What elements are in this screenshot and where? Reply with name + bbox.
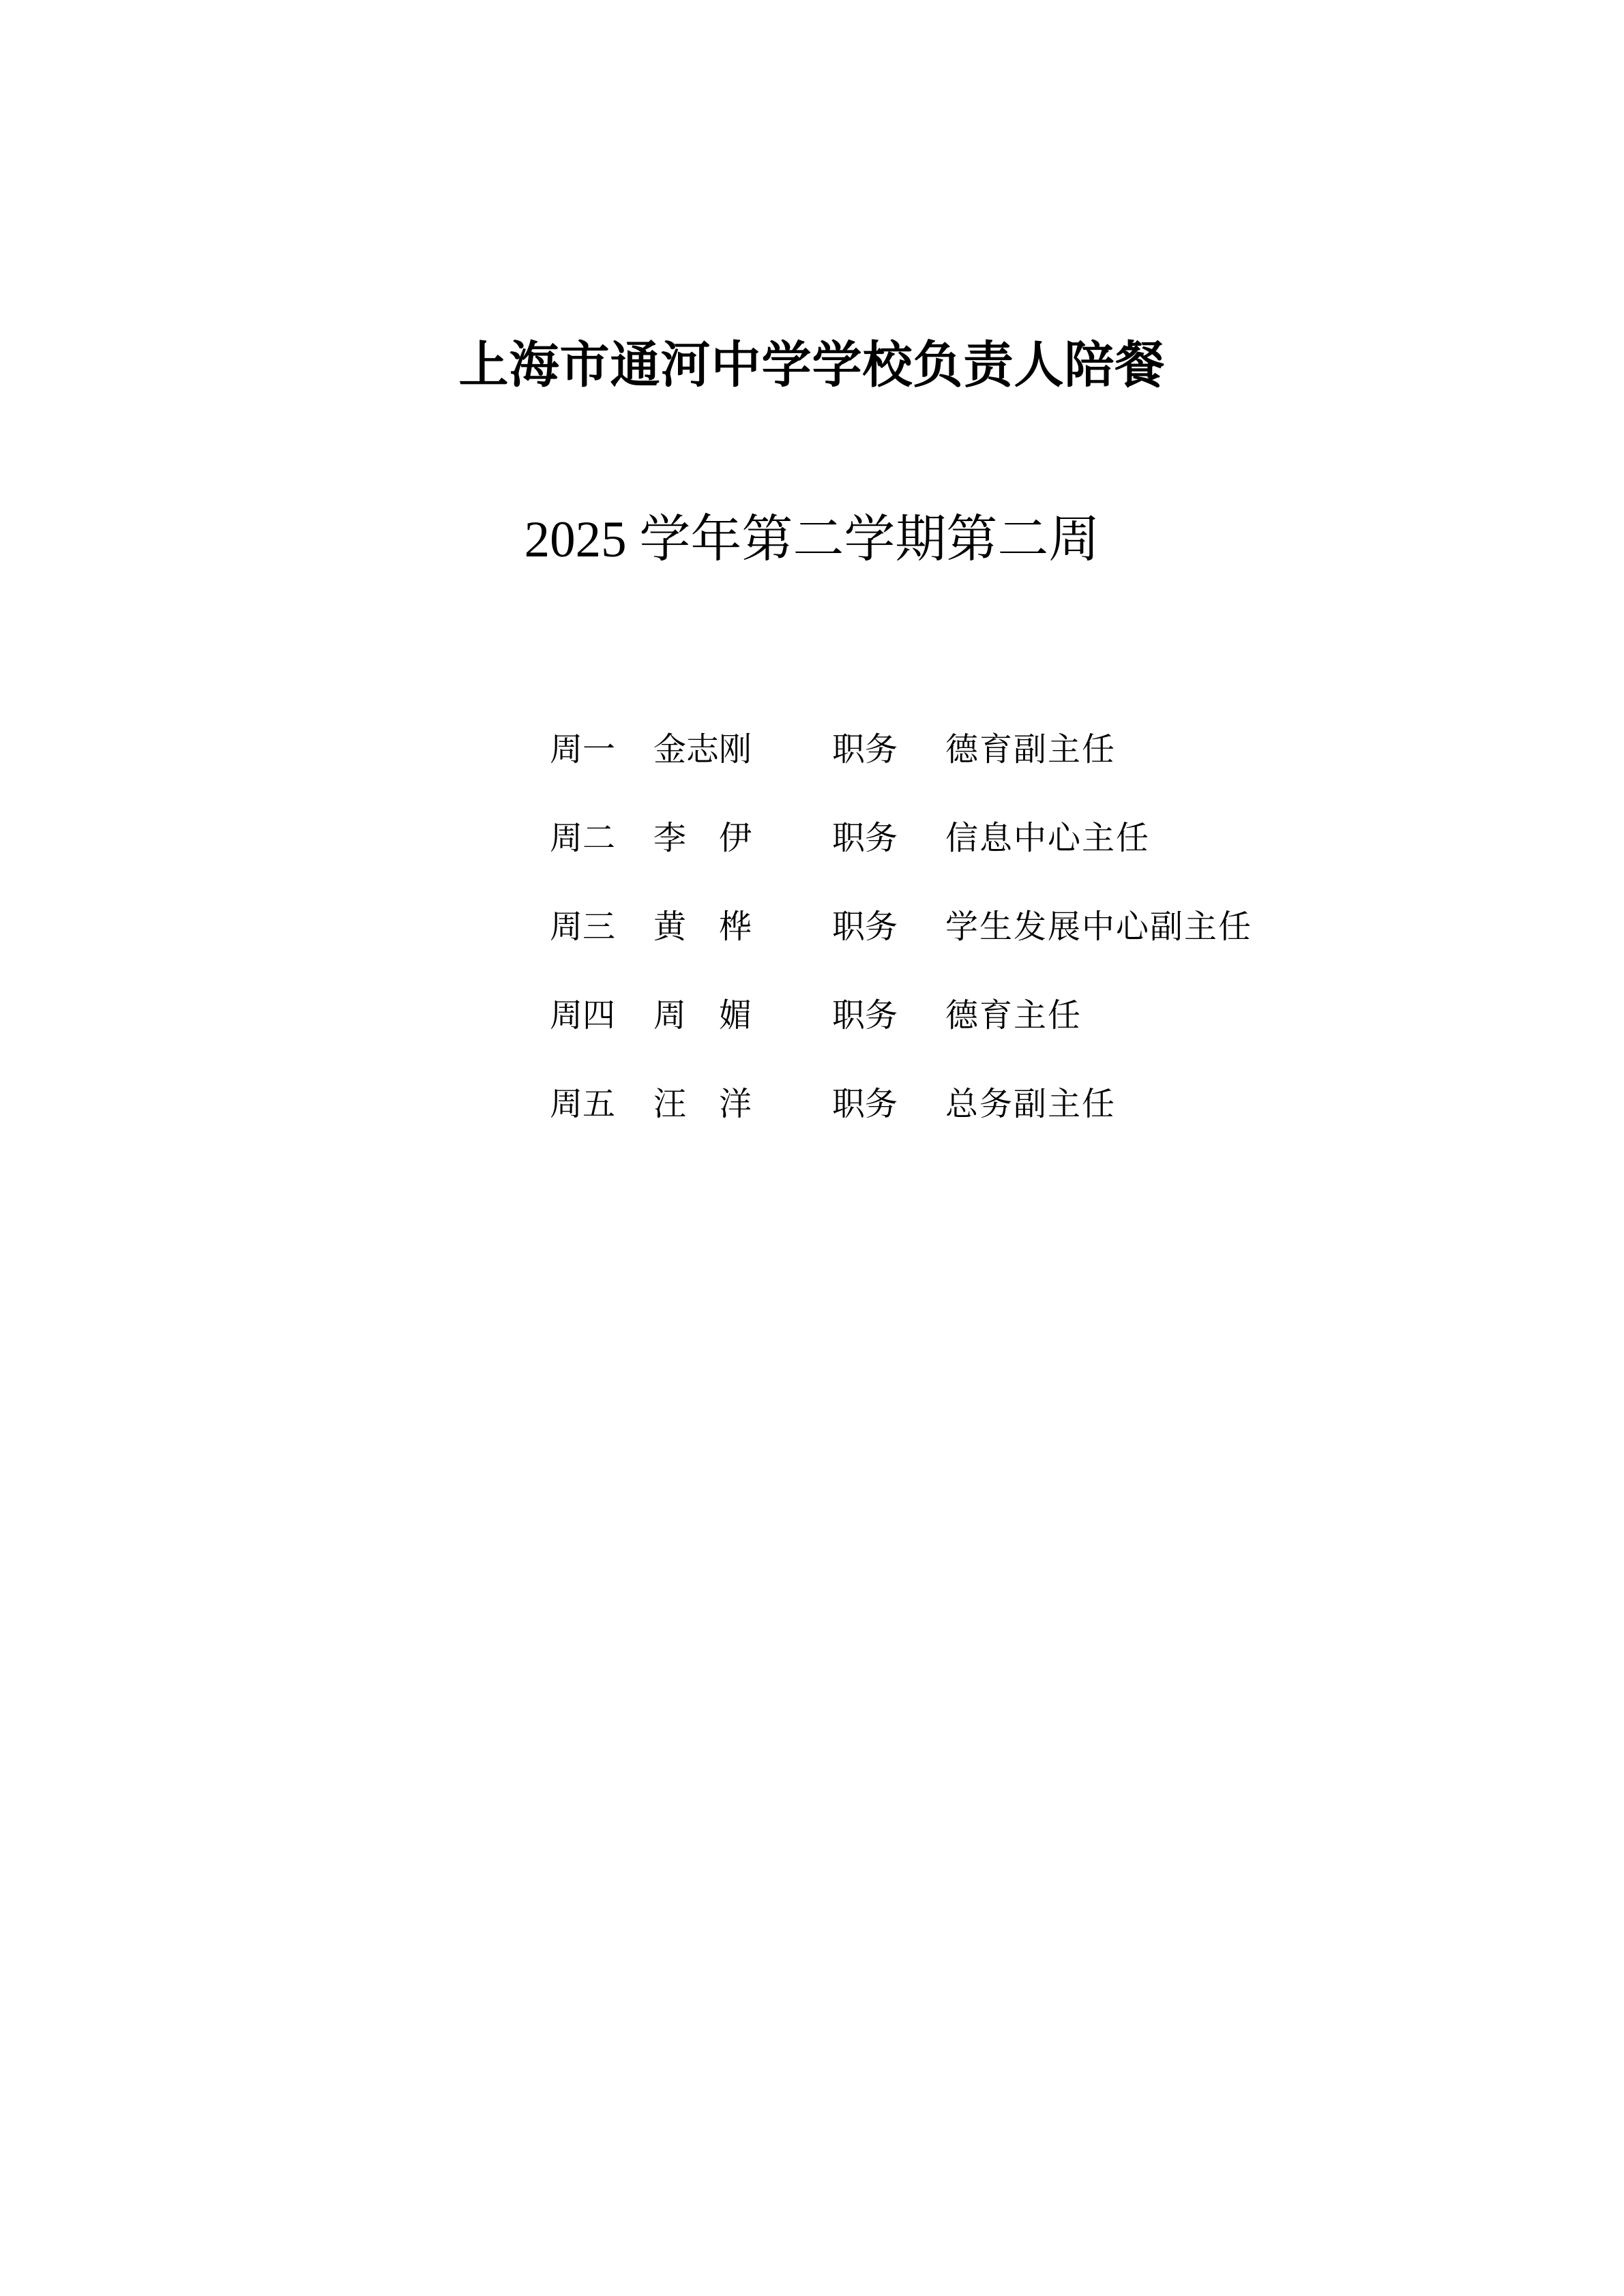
schedule-row-friday: 周五 汪 洋 职务 总务副主任: [550, 1060, 1624, 1149]
schedule-row-wednesday: 周三 黄 桦 职务 学生发展中心副主任: [550, 883, 1624, 972]
duty-label: 职务: [832, 907, 900, 948]
person-role: 信息中心主任: [945, 818, 1150, 859]
day-label: 周四: [550, 996, 615, 1037]
person-role: 德育副主任: [945, 730, 1116, 771]
duty-label: 职务: [832, 818, 900, 859]
day-label: 周五: [550, 1084, 615, 1125]
person-role: 总务副主任: [945, 1084, 1116, 1125]
schedule-row-monday: 周一 金志刚 职务 德育副主任: [550, 706, 1624, 794]
duty-label: 职务: [832, 730, 900, 771]
document-title: 上海市通河中学学校负责人陪餐: [0, 334, 1624, 397]
person-name: 黄 桦: [653, 907, 756, 948]
person-role: 学生发展中心副主任: [945, 907, 1252, 948]
duty-schedule-list: 周一 金志刚 职务 德育副主任 周二 李 伊 职务 信息中心主任 周三 黄 桦 …: [550, 706, 1624, 1149]
person-role: 德育主任: [945, 996, 1082, 1037]
document-subtitle: 2025 学年第二学期第二周: [0, 509, 1624, 571]
person-name: 金志刚: [653, 730, 756, 771]
schedule-row-tuesday: 周二 李 伊 职务 信息中心主任: [550, 794, 1624, 883]
duty-label: 职务: [832, 996, 900, 1037]
day-label: 周三: [550, 907, 615, 948]
schedule-row-thursday: 周四 周 媚 职务 德育主任: [550, 972, 1624, 1060]
duty-label: 职务: [832, 1084, 900, 1125]
day-label: 周二: [550, 818, 615, 859]
day-label: 周一: [550, 730, 615, 771]
person-name: 李 伊: [653, 818, 756, 859]
document-page: 上海市通河中学学校负责人陪餐 2025 学年第二学期第二周 周一 金志刚 职务 …: [0, 0, 1624, 2296]
person-name: 汪 洋: [653, 1084, 756, 1125]
person-name: 周 媚: [653, 996, 756, 1037]
